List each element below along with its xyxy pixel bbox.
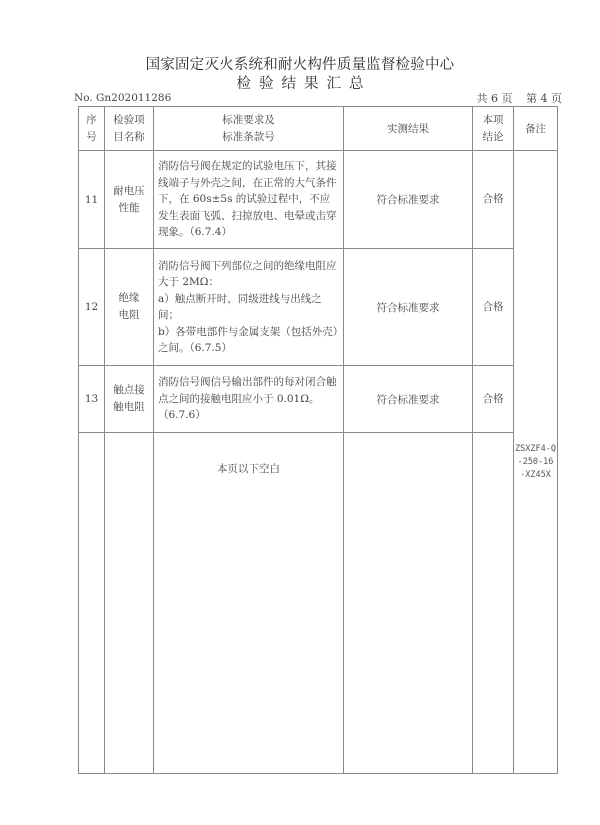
row-requirement: 消防信号阀信号输出部件的每对闭合触点之间的接触电阻应小于 0.01Ω。（6.7.… [154,366,344,433]
row-result: 符合标准要求 [344,366,473,433]
row-requirement: 消防信号阀下列部位之间的绝缘电阻应大于 2MΩ： a）触点断开时，同级进线与出线… [154,249,344,366]
row-result: 符合标准要求 [344,151,473,249]
header-no: 序 号 [79,107,105,151]
table-header-row: 序 号 检验项 目名称 标准要求及 标准条款号 实测结果 本项 结论 备注 [79,107,558,151]
header-requirement: 标准要求及 标准条款号 [154,107,344,151]
row-result: 符合标准要求 [344,249,473,366]
row-no: 11 [79,151,105,249]
row-conclusion: 合格 [473,366,514,433]
blank-row: 本页以下空白 [79,433,558,774]
row-conclusion: 合格 [473,249,514,366]
total-pages: 共 6 页 [477,92,513,105]
remark-merged: ZSXZF4-Q -250-16 -XZ45X [514,151,558,774]
header-result: 实测结果 [344,107,473,151]
table-row: 11 耐电压 性能 消防信号阀在规定的试验电压下，其接线端子与外壳之间，在正常的… [79,151,558,249]
row-requirement: 消防信号阀在规定的试验电压下，其接线端子与外壳之间，在正常的大气条件下，在 60… [154,151,344,249]
row-item: 触点接 触电阻 [105,366,154,433]
table-row: 12 绝缘 电阻 消防信号阀下列部位之间的绝缘电阻应大于 2MΩ： a）触点断开… [79,249,558,366]
current-page: 第 4 页 [526,92,562,105]
row-item: 绝缘 电阻 [105,249,154,366]
results-table: 序 号 检验项 目名称 标准要求及 标准条款号 实测结果 本项 结论 备注 11… [78,106,558,774]
table-row: 13 触点接 触电阻 消防信号阀信号输出部件的每对闭合触点之间的接触电阻应小于 … [79,366,558,433]
report-number: No. Gn202011286 [74,92,171,104]
header-remark: 备注 [514,107,558,151]
org-title: 国家固定灭火系统和耐火构件质量监督检验中心 [0,53,600,74]
row-conclusion: 合格 [473,151,514,249]
blank-note: 本页以下空白 [154,433,343,476]
row-no: 13 [79,366,105,433]
header-conclusion: 本项 结论 [473,107,514,151]
row-item: 耐电压 性能 [105,151,154,249]
row-no: 12 [79,249,105,366]
page-info: 共 6 页 第 4 页 [475,90,563,106]
header-item: 检验项 目名称 [105,107,154,151]
